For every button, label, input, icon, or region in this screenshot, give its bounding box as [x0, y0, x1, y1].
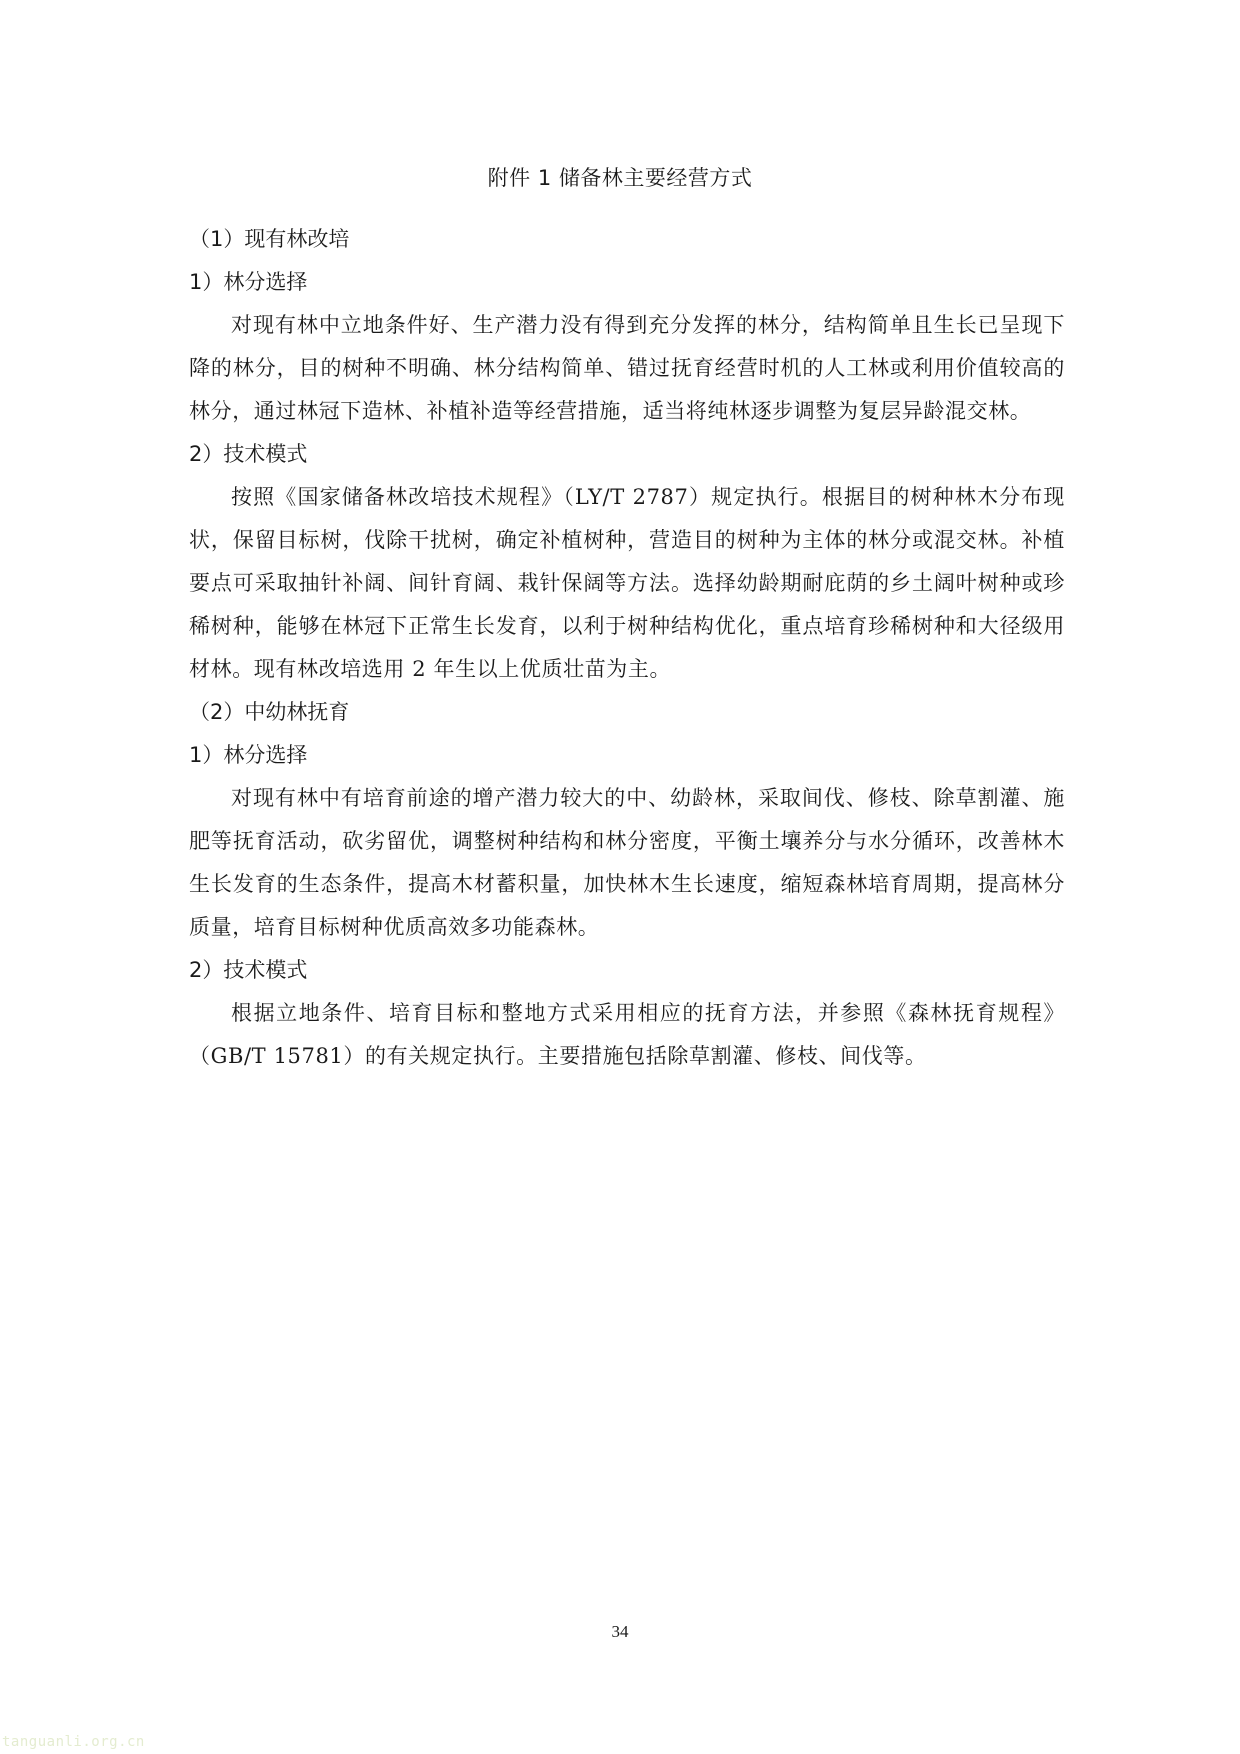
subsection-heading: 2）技术模式: [189, 949, 1065, 992]
document-page: 附件 1 储备林主要经营方式 （1）现有林改培 1）林分选择 对现有林中立地条件…: [0, 0, 1240, 1754]
page-number: 34: [0, 1622, 1240, 1642]
paragraph: 对现有林中有培育前途的增产潜力较大的中、幼龄林，采取间伐、修枝、除草割灌、施肥等…: [189, 777, 1065, 949]
section-heading: （1）现有林改培: [189, 218, 1065, 261]
subsection-heading: 1）林分选择: [189, 261, 1065, 304]
paragraph: 根据立地条件、培育目标和整地方式采用相应的抚育方法，并参照《森林抚育规程》（GB…: [189, 992, 1065, 1078]
document-body: （1）现有林改培 1）林分选择 对现有林中立地条件好、生产潜力没有得到充分发挥的…: [189, 218, 1065, 1078]
section-heading: （2）中幼林抚育: [189, 691, 1065, 734]
subsection-heading: 2）技术模式: [189, 433, 1065, 476]
watermark: tanguanli.org.cn: [2, 1734, 145, 1750]
document-title: 附件 1 储备林主要经营方式: [0, 162, 1240, 192]
subsection-heading: 1）林分选择: [189, 734, 1065, 777]
paragraph: 按照《国家储备林改培技术规程》（LY/T 2787）规定执行。根据目的树种林木分…: [189, 476, 1065, 691]
paragraph: 对现有林中立地条件好、生产潜力没有得到充分发挥的林分，结构简单且生长已呈现下降的…: [189, 304, 1065, 433]
